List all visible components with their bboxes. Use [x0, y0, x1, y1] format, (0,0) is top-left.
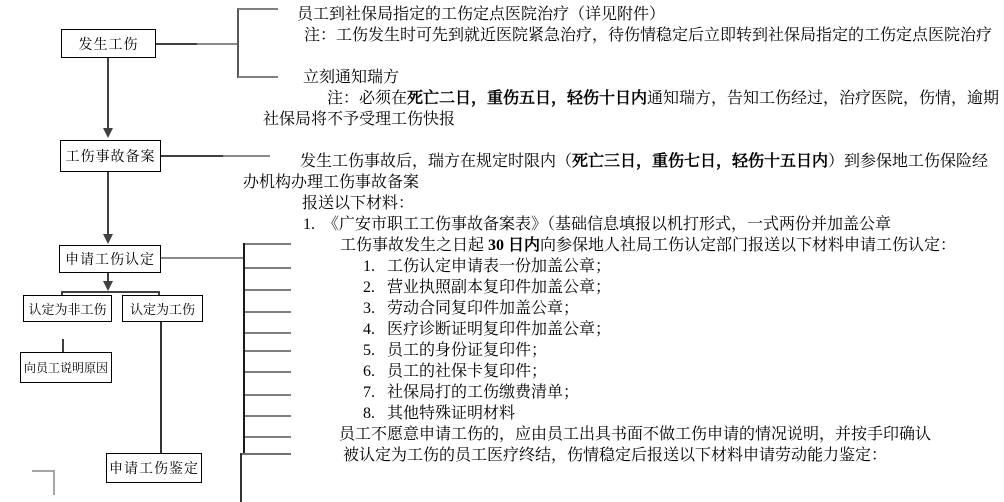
- flow-box-not-injury[interactable]: 认定为非工伤: [23, 295, 112, 322]
- text-run: 向参保地人社局工伤认定部门报送以下材料申请工伤认定：: [540, 237, 956, 254]
- text-run: 8. 其他特殊证明材料: [363, 405, 515, 422]
- arrow-occur-to-record-stem: [107, 58, 109, 128]
- text-run: 办机构办理工伤事故备案: [243, 174, 419, 191]
- text-run: 5. 员工的身份证复印件；: [363, 342, 547, 359]
- text-run: 4. 医疗诊断证明复印件加盖公章；: [363, 321, 611, 338]
- text-run: 2. 营业执照副本复印件加盖公章；: [363, 279, 611, 296]
- text-line-16: 5. 员工的身份证复印件；: [363, 342, 547, 360]
- connector-occur-dark-segment: [156, 43, 197, 45]
- text-line-20: 员工不愿意申请工伤的，应由员工出具书面不做工伤申请的情况说明，并按手印确认: [339, 426, 931, 444]
- connector-record-dark-segment: [161, 155, 223, 157]
- text-line-15: 4. 医疗诊断证明复印件加盖公章；: [363, 321, 611, 339]
- text-line-7: 发生工伤事故后，瑞方在规定时限内（死亡三日，重伤七日，轻伤十五日内）到参保地工伤…: [300, 153, 988, 171]
- text-line-21: 被认定为工伤的员工医疗终结，伤情稳定后报送以下材料申请劳动能力鉴定：: [343, 447, 887, 465]
- text-line-19: 8. 其他特殊证明材料: [363, 405, 515, 423]
- arrow-record-to-apply-head: [103, 234, 113, 244]
- corner-mark-horizontal: [32, 470, 54, 472]
- connector-notinjury-to-explain: [62, 339, 64, 352]
- text-line-17: 6. 员工的社保卡复印件；: [363, 363, 547, 381]
- text-run: ）到参保地工伤保险经: [828, 153, 988, 170]
- text-run: 注：必须在: [327, 90, 407, 107]
- text-line-4: 注：必须在死亡二日，重伤五日，轻伤十日内通知瑞方，告知工伤经过，治疗医院，伤情，…: [327, 90, 999, 108]
- text-run: 立刻通知瑞方: [303, 69, 399, 86]
- text-run: 通知瑞方，告知工伤经过，治疗医院，伤情，逾期: [647, 90, 999, 107]
- connector-apply-to-bracket: [161, 257, 243, 259]
- arrow-occur-to-record-head: [103, 128, 113, 138]
- flow-box-occur[interactable]: 发生工伤: [61, 29, 156, 58]
- connector-occur-gray-segment: [197, 43, 238, 45]
- arrow-record-to-apply-stem: [107, 172, 109, 234]
- text-line-11: 工伤事故发生之日起 30 日内向参保地人社局工伤认定部门报送以下材料申请工伤认定…: [340, 237, 956, 255]
- text-run: 1. 《广安市职工工伤事故备案表》（基础信息填报以机打形式，一式两份并加盖公章: [303, 216, 891, 233]
- text-line-13: 2. 营业执照副本复印件加盖公章；: [363, 279, 611, 297]
- corner-mark-vertical: [53, 470, 55, 495]
- text-line-10: 1. 《广安市职工工伤事故备案表》（基础信息填报以机打形式，一式两份并加盖公章: [303, 216, 891, 234]
- text-run-bold: 死亡二日，重伤五日，轻伤十日内: [407, 90, 647, 107]
- text-line-5: 社保局将不予受理工伤快报: [263, 111, 455, 129]
- annotation-text-block: 员工到社保局指定的工伤定点医院治疗（详见附件）注：工伤发生时可先到就近医院紧急治…: [242, 0, 1004, 502]
- text-run: 1. 工伤认定申请表一份加盖公章；: [363, 258, 611, 275]
- split-horizontal-line: [61, 291, 160, 293]
- text-run: 6. 员工的社保卡复印件；: [363, 363, 547, 380]
- arrow-apply-split-head: [103, 281, 113, 291]
- flow-box-apply-rending[interactable]: 申请工伤认定: [59, 245, 161, 273]
- text-line-1: 注：工伤发生时可先到就近医院紧急治疗，待伤情稳定后立即转到社保局指定的工伤定点医…: [304, 27, 992, 45]
- text-line-3: 立刻通知瑞方: [303, 69, 399, 87]
- text-run-bold: 30 日内: [488, 237, 540, 254]
- document-page: 发生工伤 工伤事故备案 申请工伤认定 认定为非工伤 认定为工伤 向员工说明原因 …: [0, 0, 1004, 502]
- flow-box-appraisal[interactable]: 申请工伤鉴定: [106, 453, 202, 483]
- text-run: 工伤事故发生之日起: [340, 237, 488, 254]
- flow-box-explain-reason[interactable]: 向员工说明原因: [20, 352, 112, 383]
- text-run: 报送以下材料：: [302, 195, 414, 212]
- text-run: 社保局将不予受理工伤快报: [263, 111, 455, 128]
- text-run: 员工到社保局指定的工伤定点医院治疗（详见附件）: [297, 6, 665, 23]
- text-run: 发生工伤事故后，瑞方在规定时限内（: [300, 153, 572, 170]
- text-line-18: 7. 社保局打的工伤缴费清单；: [363, 384, 579, 402]
- text-line-0: 员工到社保局指定的工伤定点医院治疗（详见附件）: [297, 6, 665, 24]
- split-drop-right: [158, 292, 160, 295]
- connector-isinjury-to-appraisal: [160, 322, 162, 453]
- text-run: 被认定为工伤的员工医疗终结，伤情稳定后报送以下材料申请劳动能力鉴定：: [343, 447, 887, 464]
- text-run: 注：工伤发生时可先到就近医院紧急治疗，待伤情稳定后立即转到社保局指定的工伤定点医…: [304, 27, 992, 44]
- arrow-apply-split-stem: [107, 273, 109, 281]
- text-line-9: 报送以下材料：: [302, 195, 414, 213]
- flow-box-is-injury[interactable]: 认定为工伤: [122, 295, 203, 322]
- text-line-8: 办机构办理工伤事故备案: [243, 174, 419, 192]
- text-run-bold: 死亡三日，重伤七日，轻伤十五日内: [572, 153, 828, 170]
- flow-box-record[interactable]: 工伤事故备案: [60, 140, 161, 172]
- text-run: 7. 社保局打的工伤缴费清单；: [363, 384, 579, 401]
- text-run: 员工不愿意申请工伤的，应由员工出具书面不做工伤申请的情况说明，并按手印确认: [339, 426, 931, 443]
- text-line-14: 3. 劳动合同复印件加盖公章；: [363, 300, 579, 318]
- text-run: 3. 劳动合同复印件加盖公章；: [363, 300, 579, 317]
- split-drop-left: [61, 292, 63, 295]
- top-bracket-vertical: [237, 8, 239, 78]
- text-line-12: 1. 工伤认定申请表一份加盖公章；: [363, 258, 611, 276]
